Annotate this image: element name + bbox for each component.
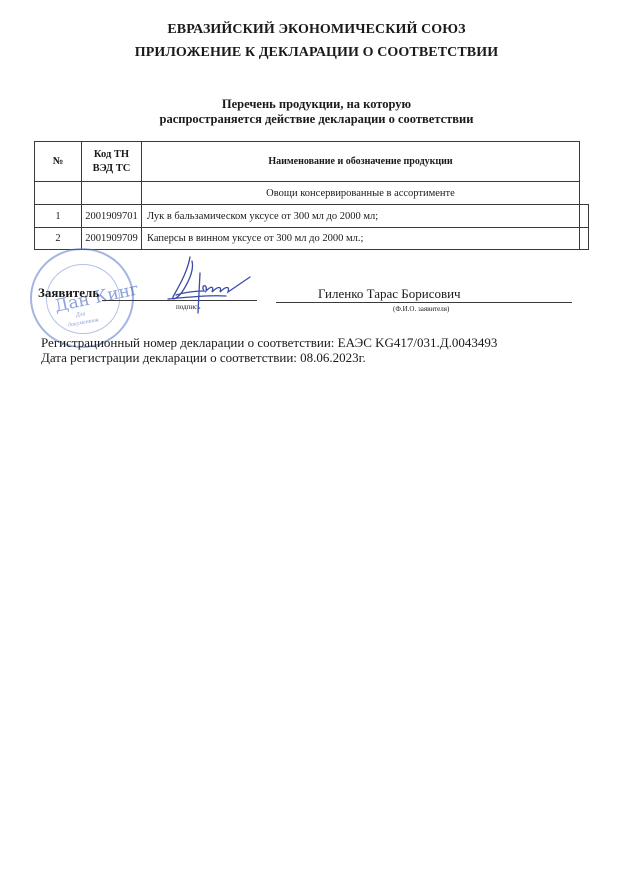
- col-header-code-line2: ВЭД ТС: [93, 162, 131, 176]
- col-header-number: №: [35, 142, 81, 181]
- group-row-name: Овощи консервированные в ассортименте: [142, 182, 579, 204]
- row-name: Лук в бальзамическом уксусе от 300 мл до…: [142, 205, 577, 227]
- table-border-right-outer: [588, 204, 589, 250]
- registration-date: Дата регистрации декларации о соответств…: [41, 350, 366, 366]
- row-code: 2001909701: [82, 205, 141, 227]
- col-header-name: Наименование и обозначение продукции: [142, 142, 579, 181]
- list-title-line1: Перечень продукции, на которую: [0, 97, 633, 112]
- registration-number: Регистрационный номер декларации о соотв…: [41, 335, 497, 351]
- list-title-line2: распространяется действие декларации о с…: [0, 112, 633, 127]
- row-number: 1: [35, 205, 81, 227]
- name-caption: (Ф.И.О. заявителя): [393, 305, 449, 313]
- col-header-code-line1: Код ТН: [94, 148, 129, 162]
- table-border-bottom: [34, 249, 588, 250]
- col-header-code: Код ТН ВЭД ТС: [82, 142, 141, 181]
- union-title: ЕВРАЗИЙСКИЙ ЭКОНОМИЧЕСКИЙ СОЮЗ: [0, 22, 633, 38]
- row-code: 2001909709: [82, 228, 141, 249]
- applicant-label: Заявитель: [38, 285, 99, 301]
- applicant-name: Гиленко Тарас Борисович: [318, 286, 461, 302]
- row-number: 2: [35, 228, 81, 249]
- row-name: Каперсы в винном уксусе от 300 мл до 200…: [142, 228, 577, 249]
- appendix-title: ПРИЛОЖЕНИЕ К ДЕКЛАРАЦИИ О СООТВЕТСТВИИ: [0, 45, 633, 61]
- table-border-right: [579, 141, 580, 250]
- name-line: [276, 302, 572, 303]
- handwritten-signature: [160, 255, 255, 315]
